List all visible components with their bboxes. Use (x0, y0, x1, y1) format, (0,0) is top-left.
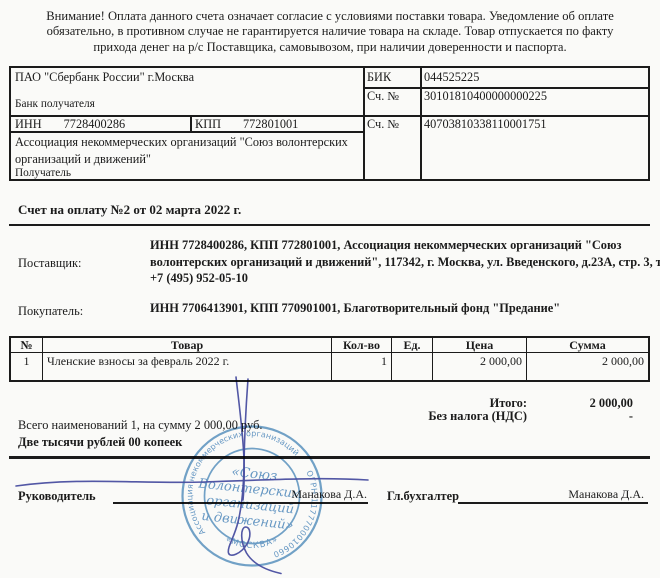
vat-value: - (527, 409, 633, 424)
handwritten-signature (16, 377, 368, 574)
items-table: № Товар Кол-во Ед. Цена Сумма 1 Членские… (9, 336, 650, 382)
payee-name-line: Ассоциация некоммерческих организаций "С… (15, 135, 348, 150)
inn-value: 7728400286 (64, 117, 125, 131)
supplier-value: ИНН 7728400286, КПП 772801001, Ассоциаци… (150, 237, 660, 287)
bank-requisites-table: ПАО "Сбербанк России" г.Москва Банк полу… (9, 66, 650, 181)
buyer-label: Покупатель: (18, 304, 83, 319)
accountant-label: Гл.бухгалтер (387, 489, 459, 504)
stamp-city-text: «МОСКВА» (224, 534, 281, 551)
svg-text:и движений»: и движений» (201, 509, 295, 534)
stamp-ogrn-text: ОГРН 1177700010660 (272, 469, 319, 559)
supplier-line: +7 (495) 952-05-10 (150, 270, 660, 287)
director-label: Руководитель (18, 489, 96, 504)
notice-line: обязательно, в противном случае не гаран… (0, 24, 660, 39)
row-sum: 2 000,00 (527, 353, 648, 380)
inn-cell: ИНН7728400286 (15, 117, 125, 132)
buyer-value: ИНН 7706413901, КПП 770901001, Благотвор… (150, 301, 560, 316)
kpp-value: 772801001 (243, 117, 298, 131)
kpp-label: КПП (195, 117, 221, 131)
payee-caption: Получатель (15, 167, 71, 179)
table-divider (363, 68, 365, 179)
col-header-unit: Ед. (392, 338, 433, 353)
director-signature-line (113, 502, 368, 504)
corr-account-label: Сч. № (367, 89, 399, 104)
col-header-product: Товар (43, 338, 332, 353)
row-qty: 1 (332, 353, 392, 380)
amount-in-words: Две тысячи рублей 00 копеек (18, 435, 182, 450)
items-count-line: Всего наименований 1, на сумму 2 000,00 … (18, 418, 262, 433)
row-unit (392, 353, 433, 380)
director-name: Манакова Д.А. (283, 487, 367, 502)
signature-loop-stroke (228, 379, 281, 574)
stamp-ring-text: Ассоциация некоммерческих организаций (185, 429, 301, 537)
notice-line: Внимание! Оплата данного счета означает … (0, 9, 660, 24)
supplier-line: волонтерских организаций и движений", 11… (150, 254, 660, 271)
account-label: Сч. № (367, 117, 399, 132)
col-header-sum: Сумма (527, 338, 648, 353)
accountant-signature-line (458, 502, 648, 504)
vat-label: Без налога (НДС) (327, 409, 527, 424)
bik-value: 044525225 (424, 70, 479, 85)
row-num: 1 (11, 353, 43, 380)
account-value: 40703810338110001751 (424, 117, 547, 132)
col-header-num: № (11, 338, 43, 353)
accountant-name: Манакова Д.А. (558, 487, 644, 502)
inn-label: ИНН (15, 117, 42, 131)
kpp-cell: КПП772801001 (195, 117, 298, 132)
payment-notice: Внимание! Оплата данного счета означает … (0, 9, 660, 55)
table-divider (190, 115, 192, 131)
bik-label: БИК (367, 70, 391, 85)
col-header-qty: Кол-во (332, 338, 392, 353)
bank-name: ПАО "Сбербанк России" г.Москва (15, 70, 194, 85)
signature-flourish-stroke (16, 479, 368, 486)
summary-rule (9, 456, 650, 459)
page-title: Счет на оплату №2 от 02 марта 2022 г. (18, 202, 241, 218)
col-header-price: Цена (433, 338, 527, 353)
corr-account-value: 30101810400000000225 (424, 89, 547, 104)
supplier-label: Поставщик: (18, 256, 82, 271)
notice-line: прихода денег на р/с Поставщика, самовыв… (0, 40, 660, 55)
svg-text:«Союз: «Союз (231, 464, 278, 485)
svg-text:организаций: организаций (206, 493, 295, 517)
row-product: Членские взносы за февраль 2022 г. (43, 353, 332, 380)
title-rule (9, 224, 650, 226)
payee-name-line: организаций и движений" (15, 152, 151, 167)
invoice-document: Внимание! Оплата данного счета означает … (0, 0, 660, 578)
table-divider (420, 68, 422, 179)
row-price: 2 000,00 (433, 353, 527, 380)
signature-vertical-stroke (236, 377, 244, 500)
supplier-line: ИНН 7728400286, КПП 772801001, Ассоциаци… (150, 237, 660, 254)
bank-caption: Банк получателя (15, 98, 95, 110)
